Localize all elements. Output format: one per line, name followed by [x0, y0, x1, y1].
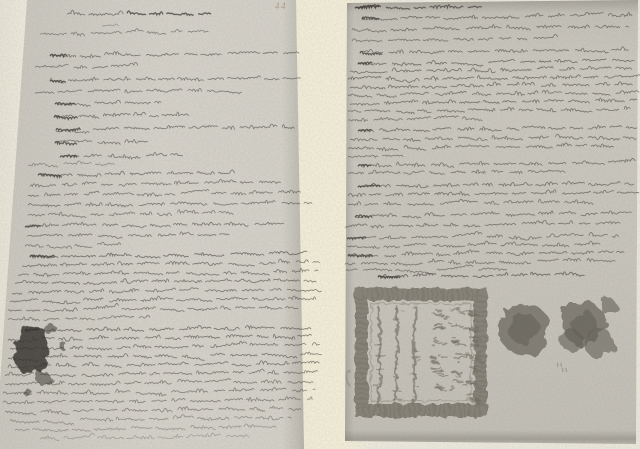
- folio-number: 44: [275, 1, 287, 11]
- manuscript-art-layer: [0, 0, 640, 449]
- manuscript-photo: 44: [0, 0, 640, 449]
- photo-grain: [0, 0, 640, 449]
